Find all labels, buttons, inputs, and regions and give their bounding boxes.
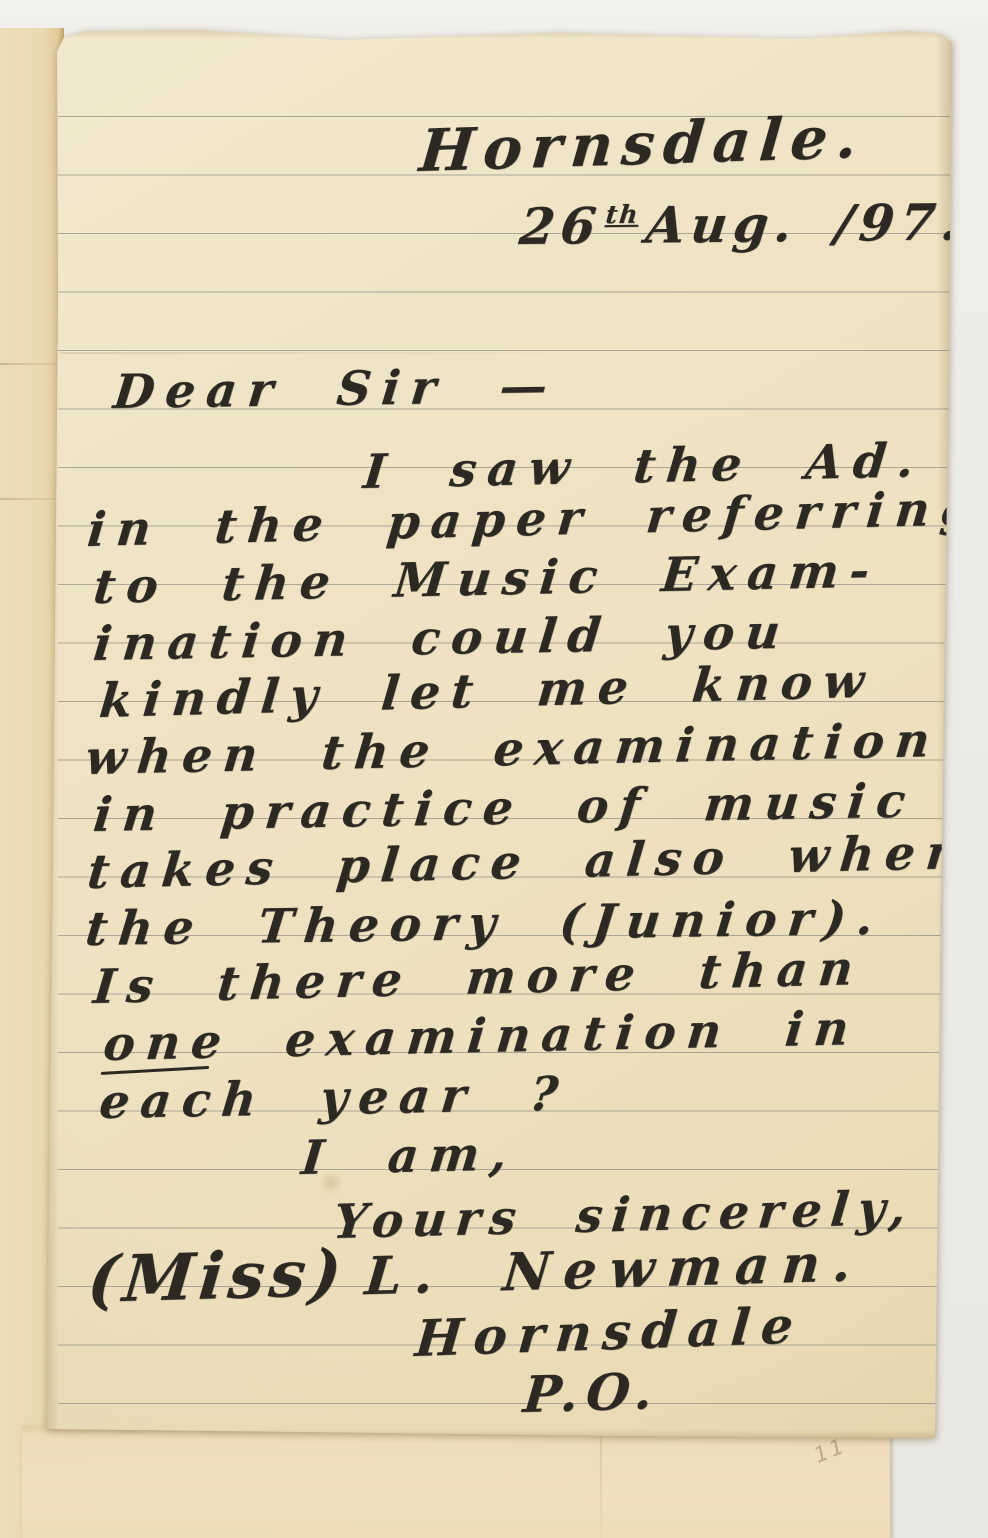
paper-crease [60, 352, 600, 354]
date-ordinal: th [604, 200, 641, 229]
signature-place: Hornsdale [413, 1296, 806, 1367]
letter-salutation: Dear Sir — [111, 360, 561, 420]
signature-prefix: (Miss) [85, 1236, 350, 1318]
letter-body-line-underlined-one: one examination in [101, 1002, 862, 1072]
signature-post-office: P.O. [521, 1362, 663, 1423]
letter-page: Hornsdale. 26thAug. /97. Dear Sir — I sa… [0, 0, 988, 1538]
letter-page-wrapper: Hornsdale. 26thAug. /97. Dear Sir — I sa… [0, 0, 988, 1538]
letter-body-line: each year ? [97, 1068, 571, 1130]
date-rest: Aug. /97. [643, 192, 968, 254]
date-day: 26 [517, 196, 605, 256]
letter-date-line: 26thAug. /97. [517, 193, 968, 255]
letter-closing-i-am: I am, [299, 1127, 520, 1186]
letter-place-line: Hornsdale. [417, 104, 869, 185]
scanned-letter-view: { "document": { "heading": { "place": "H… [0, 0, 988, 1538]
